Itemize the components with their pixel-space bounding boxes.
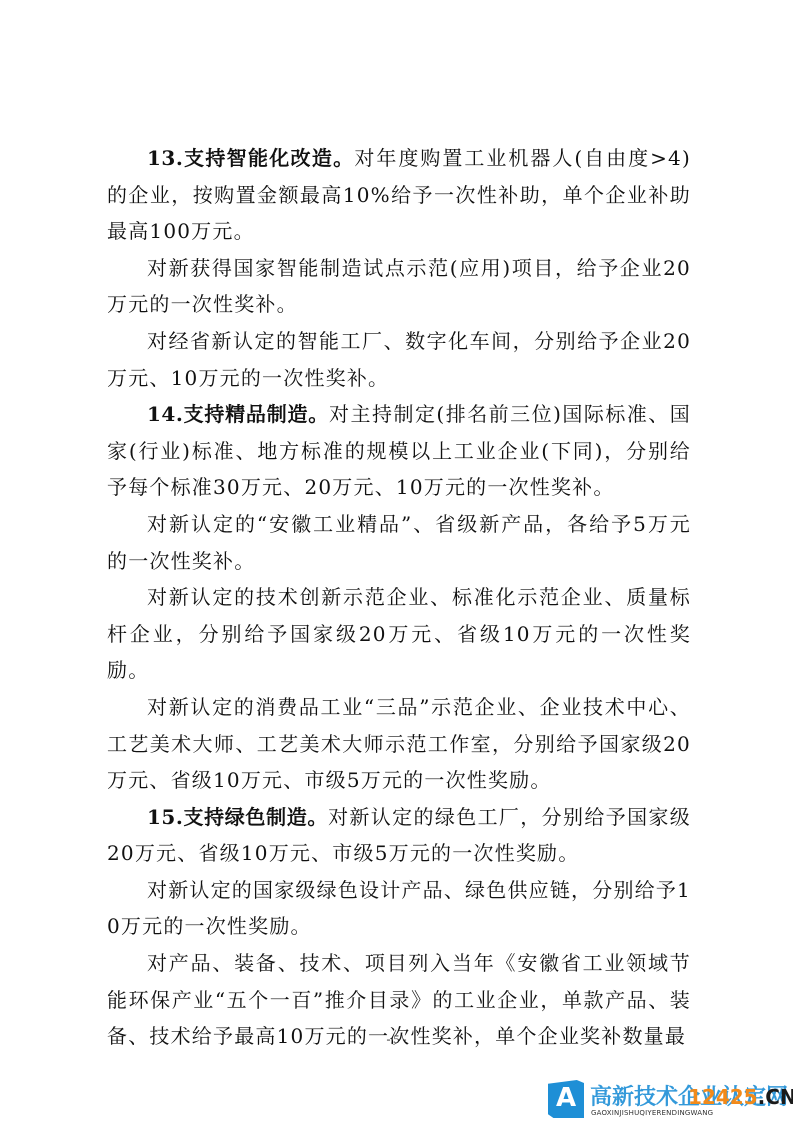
paragraph-text: 对新认定的国家级绿色设计产品、绿色供应链，分别给予10万元的一次性奖励。 [107, 878, 691, 939]
document-body: 13.支持智能化改造。对年度购置工业机器人(自由度>4)的企业，按购置金额最高1… [107, 140, 691, 1055]
watermark-subtitle: GAOXINJISHUQIYERENDINGWANG [591, 1109, 713, 1117]
watermark-domain-number: 12425 [688, 1085, 758, 1109]
section-heading-15: 15.支持绿色制造。 [147, 805, 328, 829]
paragraph-innovation-demo: 对新认定的技术创新示范企业、标准化示范企业、质量标杆企业，分别给予国家级20万元… [107, 579, 691, 689]
paragraph-consumer-goods: 对新认定的消费品工业“三品”示范企业、企业技术中心、工艺美术大师、工艺美术大师示… [107, 689, 691, 799]
site-logo-icon: A [548, 1080, 584, 1118]
section-heading-13: 13.支持智能化改造。 [147, 146, 354, 170]
paragraph-text: 对新获得国家智能制造试点示范(应用)项目，给予企业20万元的一次性奖补。 [107, 256, 691, 317]
page-number: - 5 - [0, 1032, 793, 1047]
paragraph-smart-manufacturing-pilot: 对新获得国家智能制造试点示范(应用)项目，给予企业20万元的一次性奖补。 [107, 250, 691, 323]
watermark: A 高新技术企业认定网 12425.CN GAOXINJISHUQIYEREND… [544, 1076, 793, 1122]
paragraph-anhui-quality-products: 对新认定的“安徽工业精品”、省级新产品，各给予5万元的一次性奖补。 [107, 506, 691, 579]
paragraph-green-design: 对新认定的国家级绿色设计产品、绿色供应链，分别给予10万元的一次性奖励。 [107, 872, 691, 945]
watermark-domain: 12425.CN [688, 1085, 793, 1109]
paragraph-text: 对新认定的消费品工业“三品”示范企业、企业技术中心、工艺美术大师、工艺美术大师示… [107, 695, 691, 792]
watermark-domain-tld: .CN [758, 1085, 793, 1109]
paragraph-text: 对新认定的技术创新示范企业、标准化示范企业、质量标杆企业，分别给予国家级20万元… [107, 585, 691, 682]
paragraph-text: 对经省新认定的智能工厂、数字化车间，分别给予企业20万元、10万元的一次性奖补。 [107, 329, 691, 390]
paragraph-14-quality-manufacturing: 14.支持精品制造。对主持制定(排名前三位)国际标准、国家(行业)标准、地方标准… [107, 396, 691, 506]
paragraph-smart-factory: 对经省新认定的智能工厂、数字化车间，分别给予企业20万元、10万元的一次性奖补。 [107, 323, 691, 396]
paragraph-15-green-manufacturing: 15.支持绿色制造。对新认定的绿色工厂，分别给予国家级20万元、省级10万元、市… [107, 799, 691, 872]
section-heading-14: 14.支持精品制造。 [147, 402, 329, 426]
document-page: 13.支持智能化改造。对年度购置工业机器人(自由度>4)的企业，按购置金额最高1… [0, 0, 793, 1122]
paragraph-text: 对新认定的“安徽工业精品”、省级新产品，各给予5万元的一次性奖补。 [107, 512, 691, 573]
paragraph-13-intelligent-upgrade: 13.支持智能化改造。对年度购置工业机器人(自由度>4)的企业，按购置金额最高1… [107, 140, 691, 250]
